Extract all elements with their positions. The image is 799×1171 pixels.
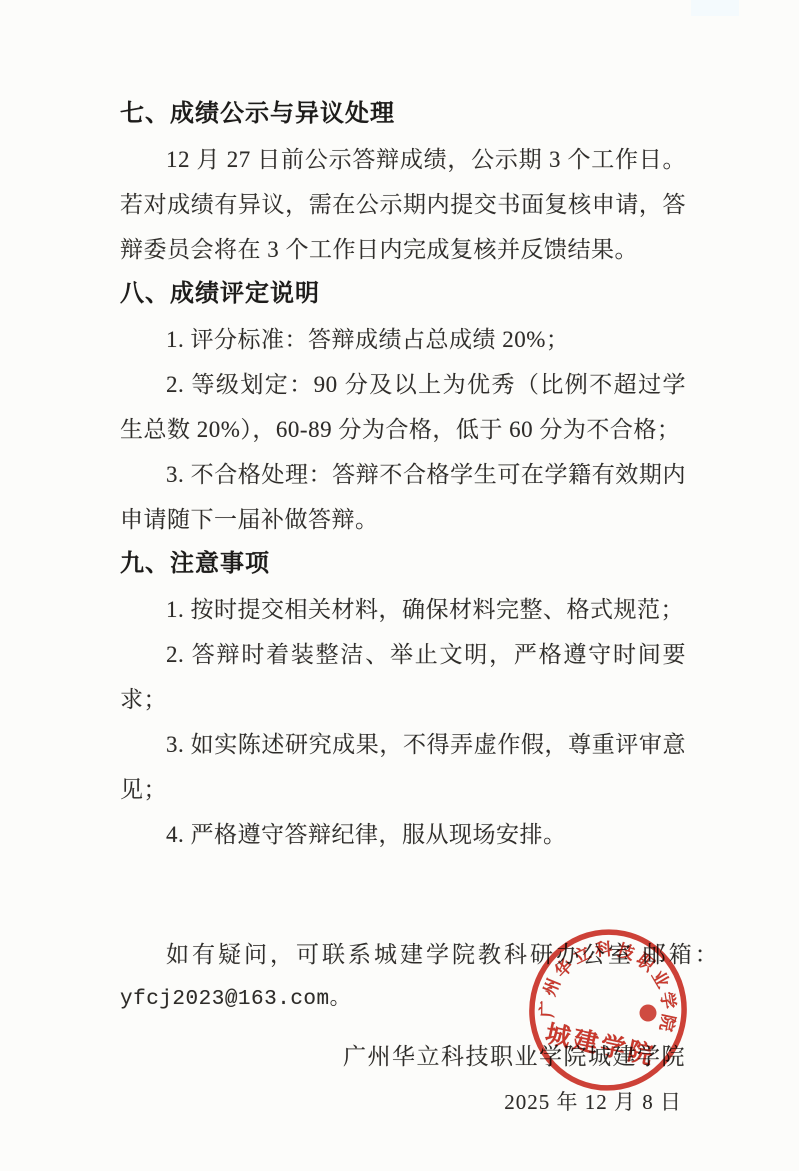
section-8-item-2: 2. 等级划定：90 分及以上为优秀（比例不超过学生总数 20%），60-89 … xyxy=(120,362,686,452)
section-7: 七、成绩公示与异议处理 12 月 27 日前公示答辩成绩，公示期 3 个工作日。… xyxy=(120,92,686,272)
section-8-heading: 八、成绩评定说明 xyxy=(120,272,686,317)
contact-text: 如有疑问，可联系城建学院教科研办公室 邮箱： xyxy=(120,932,686,977)
contact-email: yfcj2023@163.com。 xyxy=(120,977,686,1022)
scanned-document-page: 七、成绩公示与异议处理 12 月 27 日前公示答辩成绩，公示期 3 个工作日。… xyxy=(0,0,799,1171)
section-7-heading: 七、成绩公示与异议处理 xyxy=(120,92,686,137)
signature-block: 广州华立科技职业学院城建学院 2025 年 12 月 8 日 xyxy=(120,1034,686,1126)
signature-date: 2025 年 12 月 8 日 xyxy=(120,1079,686,1126)
document-content: 七、成绩公示与异议处理 12 月 27 日前公示答辩成绩，公示期 3 个工作日。… xyxy=(120,92,686,1126)
section-9-item-2: 2. 答辩时着装整洁、举止文明，严格遵守时间要求； xyxy=(120,632,686,722)
section-9-item-4: 4. 严格遵守答辩纪律，服从现场安排。 xyxy=(120,812,686,857)
scan-artifact xyxy=(691,0,739,16)
section-9: 九、注意事项 1. 按时提交相关材料，确保材料完整、格式规范； 2. 答辩时着装… xyxy=(120,542,686,857)
contact-block: 如有疑问，可联系城建学院教科研办公室 邮箱： yfcj2023@163.com。 xyxy=(120,932,686,1022)
section-8-item-1: 1. 评分标准：答辩成绩占总成绩 20%； xyxy=(120,317,686,362)
section-9-item-3: 3. 如实陈述研究成果，不得弄虚作假，尊重评审意见； xyxy=(120,722,686,812)
section-8-item-3: 3. 不合格处理：答辩不合格学生可在学籍有效期内申请随下一届补做答辩。 xyxy=(120,452,686,542)
section-8: 八、成绩评定说明 1. 评分标准：答辩成绩占总成绩 20%； 2. 等级划定：9… xyxy=(120,272,686,542)
signature-organization: 广州华立科技职业学院城建学院 xyxy=(120,1034,686,1079)
section-7-paragraph: 12 月 27 日前公示答辩成绩，公示期 3 个工作日。若对成绩有异议，需在公示… xyxy=(120,137,686,272)
section-9-item-1: 1. 按时提交相关材料，确保材料完整、格式规范； xyxy=(120,587,686,632)
section-9-heading: 九、注意事项 xyxy=(120,542,686,587)
